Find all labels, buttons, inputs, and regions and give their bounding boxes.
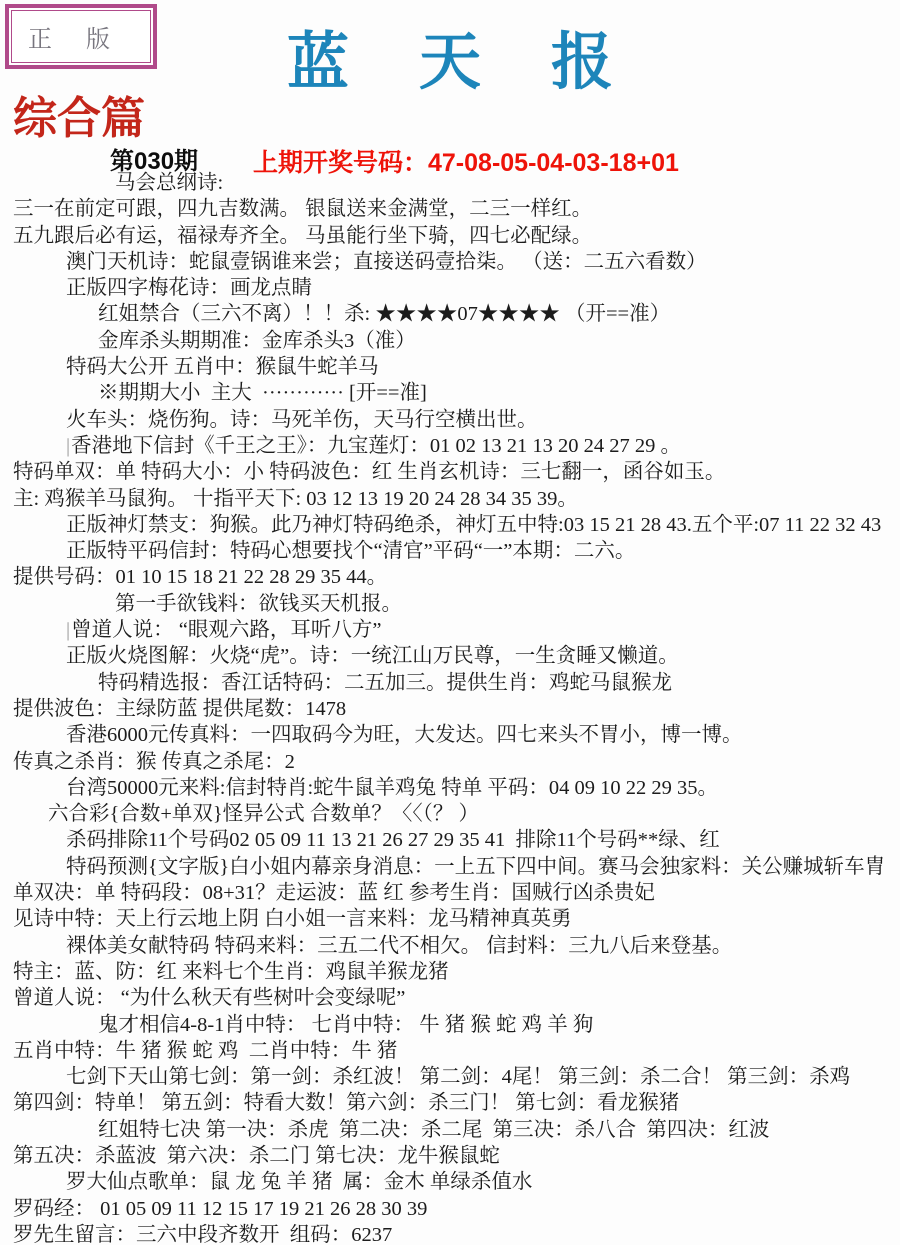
text-line: 五九跟后必有运，福禄寿齐全。 马虽能行坐下骑，四七必配绿。 — [0, 223, 900, 249]
line-text: 主: 鸡猴羊马鼠狗。 十指平天下: 03 12 13 19 20 24 28 3… — [13, 488, 578, 510]
text-line: 第五决：杀蓝波 第六决：杀二门 第七决：龙牛猴鼠蛇 — [0, 1143, 900, 1169]
text-line: 澳门天机诗：蛇鼠壹锅谁来尝；直接送码壹拾柒。 （送：二五六看数） — [0, 249, 900, 275]
text-line: 正版特平码信封：特码心想要找个“清官”平码“一”本期：二六。 — [0, 538, 900, 564]
text-line: 提供号码：01 10 15 18 21 22 28 29 35 44。 — [0, 564, 900, 590]
section-heading: 综合篇 — [13, 82, 145, 146]
line-text: 红姐禁合（三六不离）！！杀: ★★★★07★★★★ （开==准） — [98, 303, 670, 325]
line-text: 三一在前定可跟，四九吉数满。 银鼠送来金满堂，二三一样红。 — [13, 198, 592, 220]
line-text: 提供波色：主绿防蓝 提供尾数：1478 — [13, 698, 346, 720]
text-line: 正版神灯禁支：狗猴。此乃神灯特码绝杀，神灯五中特:03 15 21 28 43.… — [0, 512, 900, 538]
text-line: 三一在前定可跟，四九吉数满。 银鼠送来金满堂，二三一样红。 — [0, 196, 900, 222]
line-text: 红姐特七决 第一决：杀虎 第二决：杀二尾 第三决：杀八合 第四决：红波 — [98, 1119, 769, 1141]
line-text: 火车头：烧伤狗。诗：马死羊伤，天马行空横出世。 — [66, 409, 538, 431]
line-text: 见诗中特：天上行云地上阴 白小姐一言来料：龙马精神真英勇 — [13, 908, 572, 930]
line-text: 正版特平码信封：特码心想要找个“清官”平码“一”本期：二六。 — [66, 540, 635, 562]
line-text: 罗大仙点歌单：鼠 龙 兔 羊 猪 属：金木 单绿杀值水 — [66, 1171, 532, 1193]
text-line: 杀码排除11个号码02 05 09 11 13 21 26 27 29 35 4… — [0, 827, 900, 853]
line-text: 特码单双：单 特码大小：小 特码波色：红 生肖玄机诗：三七翻一，函谷如玉。 — [13, 461, 725, 483]
line-text: 第五决：杀蓝波 第六决：杀二门 第七决：龙牛猴鼠蛇 — [13, 1145, 500, 1167]
margin-tick: | — [66, 619, 70, 641]
text-line: |曾道人说： “眼观六路，耳听八方” — [0, 617, 900, 643]
line-text: 曾道人说： “眼观六路，耳听八方” — [71, 619, 381, 641]
text-line: 鬼才相信4-8-1肖中特： 七肖中特： 牛 猪 猴 蛇 鸡 羊 狗 — [0, 1012, 900, 1038]
line-text: 正版四字梅花诗：画龙点睛 — [66, 277, 312, 299]
text-line: 特码单双：单 特码大小：小 特码波色：红 生肖玄机诗：三七翻一，函谷如玉。 — [0, 459, 900, 485]
text-line: 罗大仙点歌单：鼠 龙 兔 羊 猪 属：金木 单绿杀值水 — [0, 1169, 900, 1195]
text-line: 裸体美女献特码 特码来料：三五二代不相欠。 信封料：三九八后来登基。 — [0, 933, 900, 959]
line-text: 曾道人说： “为什么秋天有些树叶会变绿呢” — [13, 987, 405, 1009]
line-text: 七剑下天山第七剑：第一剑：杀红波！ 第二剑：4尾！ 第三剑：杀二合！ 第三剑：杀… — [66, 1066, 850, 1088]
body-lines: 马会总纲诗:三一在前定可跟，四九吉数满。 银鼠送来金满堂，二三一样红。五九跟后必… — [0, 170, 900, 1245]
text-line: 正版火烧图解：火烧“虎”。诗：一统江山万民尊，一生贪睡又懒道。 — [0, 643, 900, 669]
text-line: 红姐特七决 第一决：杀虎 第二决：杀二尾 第三决：杀八合 第四决：红波 — [0, 1117, 900, 1143]
line-text: 罗码经： 01 05 09 11 12 15 17 19 21 26 28 30… — [13, 1198, 427, 1220]
line-text: 正版神灯禁支：狗猴。此乃神灯特码绝杀，神灯五中特:03 15 21 28 43.… — [66, 514, 881, 536]
text-line: 特主：蓝、防：红 来料七个生肖：鸡鼠羊猴龙猪 — [0, 959, 900, 985]
line-text: 裸体美女献特码 特码来料：三五二代不相欠。 信封料：三九八后来登基。 — [66, 935, 732, 957]
text-line: 主: 鸡猴羊马鼠狗。 十指平天下: 03 12 13 19 20 24 28 3… — [0, 486, 900, 512]
text-line: 第一手欲钱料：欲钱买天机报。 — [0, 591, 900, 617]
line-text: 六合彩{合数+单双}怪异公式 合数单？〈〈（？ ） — [48, 803, 479, 825]
text-line: 正版四字梅花诗：画龙点睛 — [0, 275, 900, 301]
line-text: 传真之杀肖：猴 传真之杀尾：2 — [13, 751, 295, 773]
text-line: 传真之杀肖：猴 传真之杀尾：2 — [0, 749, 900, 775]
line-text: 正版火烧图解：火烧“虎”。诗：一统江山万民尊，一生贪睡又懒道。 — [66, 645, 679, 667]
line-text: 特码大公开 五肖中：猴鼠牛蛇羊马 — [66, 356, 379, 378]
line-text: 鬼才相信4-8-1肖中特： 七肖中特： 牛 猪 猴 蛇 鸡 羊 狗 — [98, 1014, 593, 1036]
text-line: 特码精选报：香江话特码：二五加三。提供生肖：鸡蛇马鼠猴龙 — [0, 670, 900, 696]
line-text: 五九跟后必有运，福禄寿齐全。 马虽能行坐下骑，四七必配绿。 — [13, 225, 592, 247]
text-line: 罗码经： 01 05 09 11 12 15 17 19 21 26 28 30… — [0, 1196, 900, 1222]
text-line: ※期期大小 主大 ············ [开==准] — [0, 380, 900, 406]
line-text: 单双决：单 特码段：08+31？走运波：蓝 红 参考生肖：国贼行凶杀贵妃 — [13, 882, 655, 904]
line-text: 香港地下信封《千王之王》：九宝莲灯：01 02 13 21 13 20 24 2… — [71, 435, 681, 457]
line-text: 台湾50000元来料:信封特肖:蛇牛鼠羊鸡兔 特单 平码：04 09 10 22… — [66, 777, 718, 799]
line-text: 第一手欲钱料：欲钱买天机报。 — [115, 593, 402, 615]
text-line: 第四剑：特单！ 第五剑：特看大数！第六剑：杀三门！ 第七剑：看龙猴猪 — [0, 1090, 900, 1116]
text-line: 五肖中特：牛 猪 猴 蛇 鸡 二肖中特：牛 猪 — [0, 1038, 900, 1064]
line-text: 特码预测{文字版}白小姐内幕亲身消息：一上五下四中间。赛马会独家料：关公赚城斩车… — [66, 856, 885, 878]
text-line: 马会总纲诗: — [0, 170, 900, 196]
line-text: 香港6000元传真料：一四取码今为旺，大发达。四七来头不胃小，博一博。 — [66, 724, 743, 746]
line-text: 罗先生留言：三六中段齐数开 组码：6237 — [13, 1224, 392, 1245]
text-line: 罗先生留言：三六中段齐数开 组码：6237 — [0, 1222, 900, 1245]
text-line: 提供波色：主绿防蓝 提供尾数：1478 — [0, 696, 900, 722]
text-line: 香港6000元传真料：一四取码今为旺，大发达。四七来头不胃小，博一博。 — [0, 722, 900, 748]
newspaper-page: 正版 蓝天报 综合篇 第030期 上期开奖号码：47-08-05-04-03-1… — [0, 0, 900, 1245]
text-line: 曾道人说： “为什么秋天有些树叶会变绿呢” — [0, 985, 900, 1011]
line-text: 金库杀头期期准：金库杀头3（准） — [98, 330, 416, 352]
text-line: 七剑下天山第七剑：第一剑：杀红波！ 第二剑：4尾！ 第三剑：杀二合！ 第三剑：杀… — [0, 1064, 900, 1090]
line-text: 特码精选报：香江话特码：二五加三。提供生肖：鸡蛇马鼠猴龙 — [98, 672, 672, 694]
text-line: |香港地下信封《千王之王》：九宝莲灯：01 02 13 21 13 20 24 … — [0, 433, 900, 459]
text-line: 红姐禁合（三六不离）！！杀: ★★★★07★★★★ （开==准） — [0, 301, 900, 327]
text-line: 见诗中特：天上行云地上阴 白小姐一言来料：龙马精神真英勇 — [0, 906, 900, 932]
line-text: 特主：蓝、防：红 来料七个生肖：鸡鼠羊猴龙猪 — [13, 961, 449, 983]
line-text: 杀码排除11个号码02 05 09 11 13 21 26 27 29 35 4… — [66, 829, 720, 851]
text-line: 金库杀头期期准：金库杀头3（准） — [0, 328, 900, 354]
text-line: 六合彩{合数+单双}怪异公式 合数单？〈〈（？ ） — [0, 801, 900, 827]
text-line: 台湾50000元来料:信封特肖:蛇牛鼠羊鸡兔 特单 平码：04 09 10 22… — [0, 775, 900, 801]
line-text: 澳门天机诗：蛇鼠壹锅谁来尝；直接送码壹拾柒。 （送：二五六看数） — [66, 251, 707, 273]
line-text: 提供号码：01 10 15 18 21 22 28 29 35 44。 — [13, 566, 387, 588]
line-text: 第四剑：特单！ 第五剑：特看大数！第六剑：杀三门！ 第七剑：看龙猴猪 — [13, 1092, 679, 1114]
text-line: 特码预测{文字版}白小姐内幕亲身消息：一上五下四中间。赛马会独家料：关公赚城斩车… — [0, 854, 900, 880]
text-line: 单双决：单 特码段：08+31？走运波：蓝 红 参考生肖：国贼行凶杀贵妃 — [0, 880, 900, 906]
line-text: ※期期大小 主大 ············ [开==准] — [98, 382, 427, 404]
text-line: 特码大公开 五肖中：猴鼠牛蛇羊马 — [0, 354, 900, 380]
line-text: 马会总纲诗: — [115, 172, 223, 194]
margin-tick: | — [66, 435, 70, 457]
line-text: 五肖中特：牛 猪 猴 蛇 鸡 二肖中特：牛 猪 — [13, 1040, 397, 1062]
text-line: 火车头：烧伤狗。诗：马死羊伤，天马行空横出世。 — [0, 407, 900, 433]
